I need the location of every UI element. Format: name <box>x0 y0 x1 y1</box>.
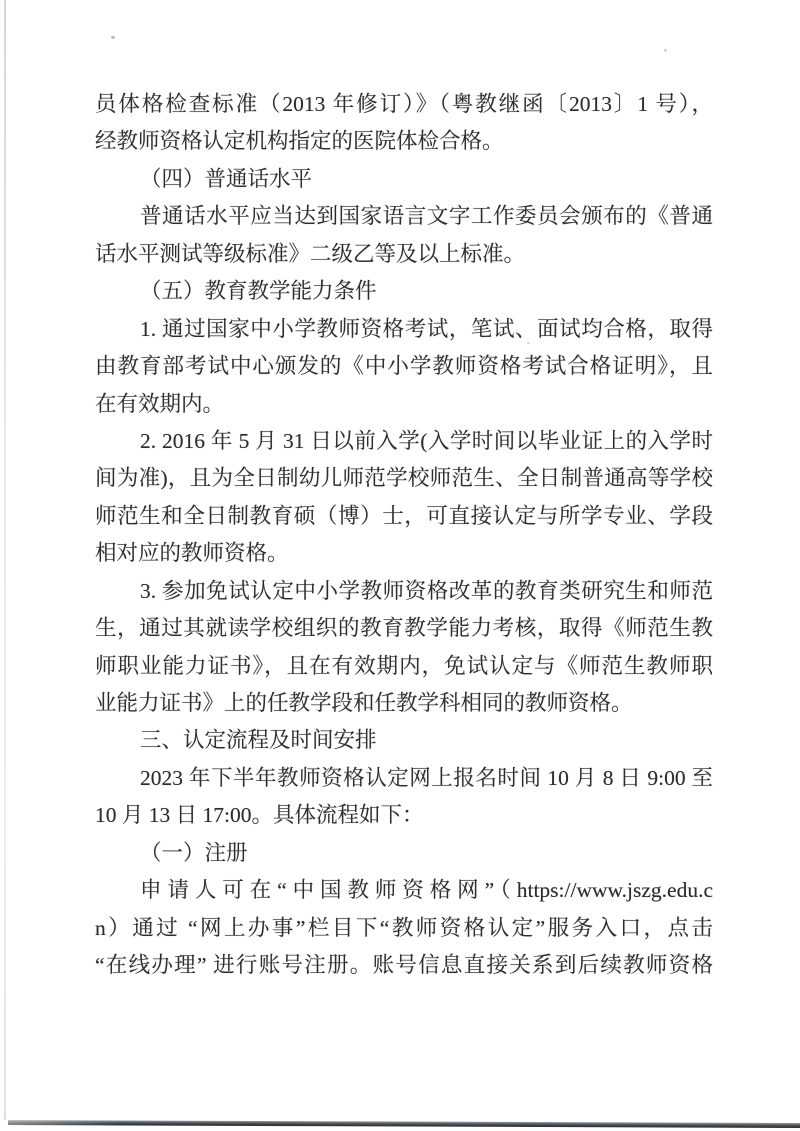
scan-edge-bottom-bar <box>8 1120 800 1128</box>
text-line: 师职业能力证书》，且在有效期内，免试认定与《师范生教师职 <box>95 648 713 685</box>
text-line: 3. 参加免试认定中小学教师资格改革的教育类研究生和师范 <box>95 573 713 610</box>
scan-speck <box>111 36 115 39</box>
text-line: 业能力证书》上的任教学段和任教学科相同的教师资格。 <box>95 685 713 722</box>
text-line: 申请人可在“中国教师资格网”（https://www.jszg.edu.c <box>95 872 713 909</box>
text-line: 2. 2016 年 5 月 31 日以前入学(入学时间以毕业证上的入学时 <box>95 423 713 460</box>
text-line: 在有效期内。 <box>95 386 713 423</box>
text-line: “在线办理” 进行账号注册。账号信息直接关系到后续教师资格 <box>95 947 713 984</box>
scanned-document-page: 员体格检查标准（2013 年修订）》（粤教继函〔2013〕1 号）， 经教师资格… <box>0 0 800 1131</box>
text-line: 由教育部考试中心颁发的《中小学教师资格考试合格证明》，且 <box>95 348 713 385</box>
text-line: 1. 通过国家中小学教师资格考试，笔试、面试均合格，取得 <box>95 311 713 348</box>
text-line: 师范生和全日制教育硕（博）士，可直接认定与所学专业、学段 <box>95 498 713 535</box>
text-line: 2023 年下半年教师资格认定网上报名时间 10 月 8 日 9:00 至 <box>95 760 713 797</box>
text-line: n）通过 “网上办事”栏目下“教师资格认定”服务入口，点击 <box>95 910 713 947</box>
section-heading: （五）教育教学能力条件 <box>95 273 713 310</box>
section-heading: 三、认定流程及时间安排 <box>95 722 713 759</box>
text-line: 员体格检查标准（2013 年修订）》（粤教继函〔2013〕1 号）， <box>95 86 713 123</box>
scan-speck <box>664 49 667 52</box>
text-line: 相对应的教师资格。 <box>95 535 713 572</box>
section-heading: （四）普通话水平 <box>95 161 713 198</box>
document-text-block: 员体格检查标准（2013 年修订）》（粤教继函〔2013〕1 号）， 经教师资格… <box>95 86 713 985</box>
section-heading: （一）注册 <box>95 835 713 872</box>
text-line: 10 月 13 日 17:00。具体流程如下： <box>95 797 713 834</box>
text-line: 生，通过其就读学校组织的教育教学能力考核，取得《师范生教 <box>95 610 713 647</box>
scan-edge-left-line <box>4 0 6 1120</box>
text-line: 话水平测试等级标准》二级乙等及以上标准。 <box>95 236 713 273</box>
text-line: 普通话水平应当达到国家语言文字工作委员会颁布的《普通 <box>95 198 713 235</box>
text-line: 间为准)，且为全日制幼儿师范学校师范生、全日制普通高等学校 <box>95 460 713 497</box>
text-line: 经教师资格认定机构指定的医院体检合格。 <box>95 123 713 160</box>
